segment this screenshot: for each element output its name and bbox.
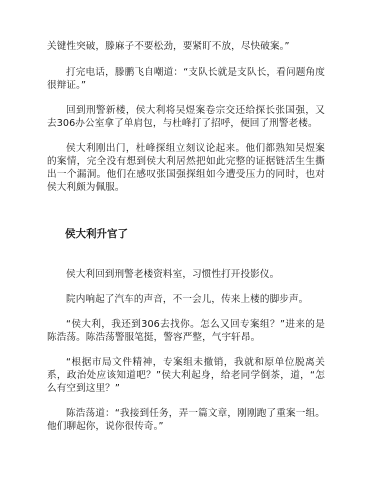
paragraph: “侯大利，我还到306去找你。怎么又回专案组？”进来的是陈浩荡。陈浩荡警服笔挺，… — [47, 318, 325, 344]
paragraph: 打完电话，滕鹏飞自嘲道：“支队长就是支队长，看问题角度很辩证。” — [47, 66, 325, 92]
paragraph: 侯大利刚出门，杜峰探组立刻议论起来。他们都熟知吴煜案的案情，完全没有想到侯大利居… — [47, 142, 325, 194]
paragraph: 侯大利回到刑警老楼资料室，习惯性打开投影仪。 — [47, 268, 325, 281]
paragraph: 陈浩荡道：“我接到任务，弄一篇文章，刚刚跑了重案一组。他们聊起你，说你很传奇。” — [47, 407, 325, 433]
document-page-continued: 侯大利回到刑警老楼资料室，习惯性打开投影仪。 院内响起了汽车的声音，不一会儿，传… — [47, 268, 325, 433]
paragraph: 院内响起了汽车的声音，不一会儿，传来上楼的脚步声。 — [47, 293, 325, 306]
document-page: 关键性突破，滕麻子不要松劲，要紧盯不放，尽快破案。” 打完电话，滕鹏飞自嘲道：“… — [47, 40, 325, 194]
paragraph: “根据市局文件精神，专案组未撤销，我就和原单位脱离关系，政治处应该知道吧？”侯大… — [47, 356, 325, 395]
section-heading: 侯大利升官了 — [65, 226, 128, 241]
paragraph: 回到刑警新楼，侯大利将吴煜案卷宗交还给探长张国强，又去306办公室拿了单肩包，与… — [47, 104, 325, 130]
paragraph: 关键性突破，滕麻子不要松劲，要紧盯不放，尽快破案。” — [47, 40, 325, 53]
